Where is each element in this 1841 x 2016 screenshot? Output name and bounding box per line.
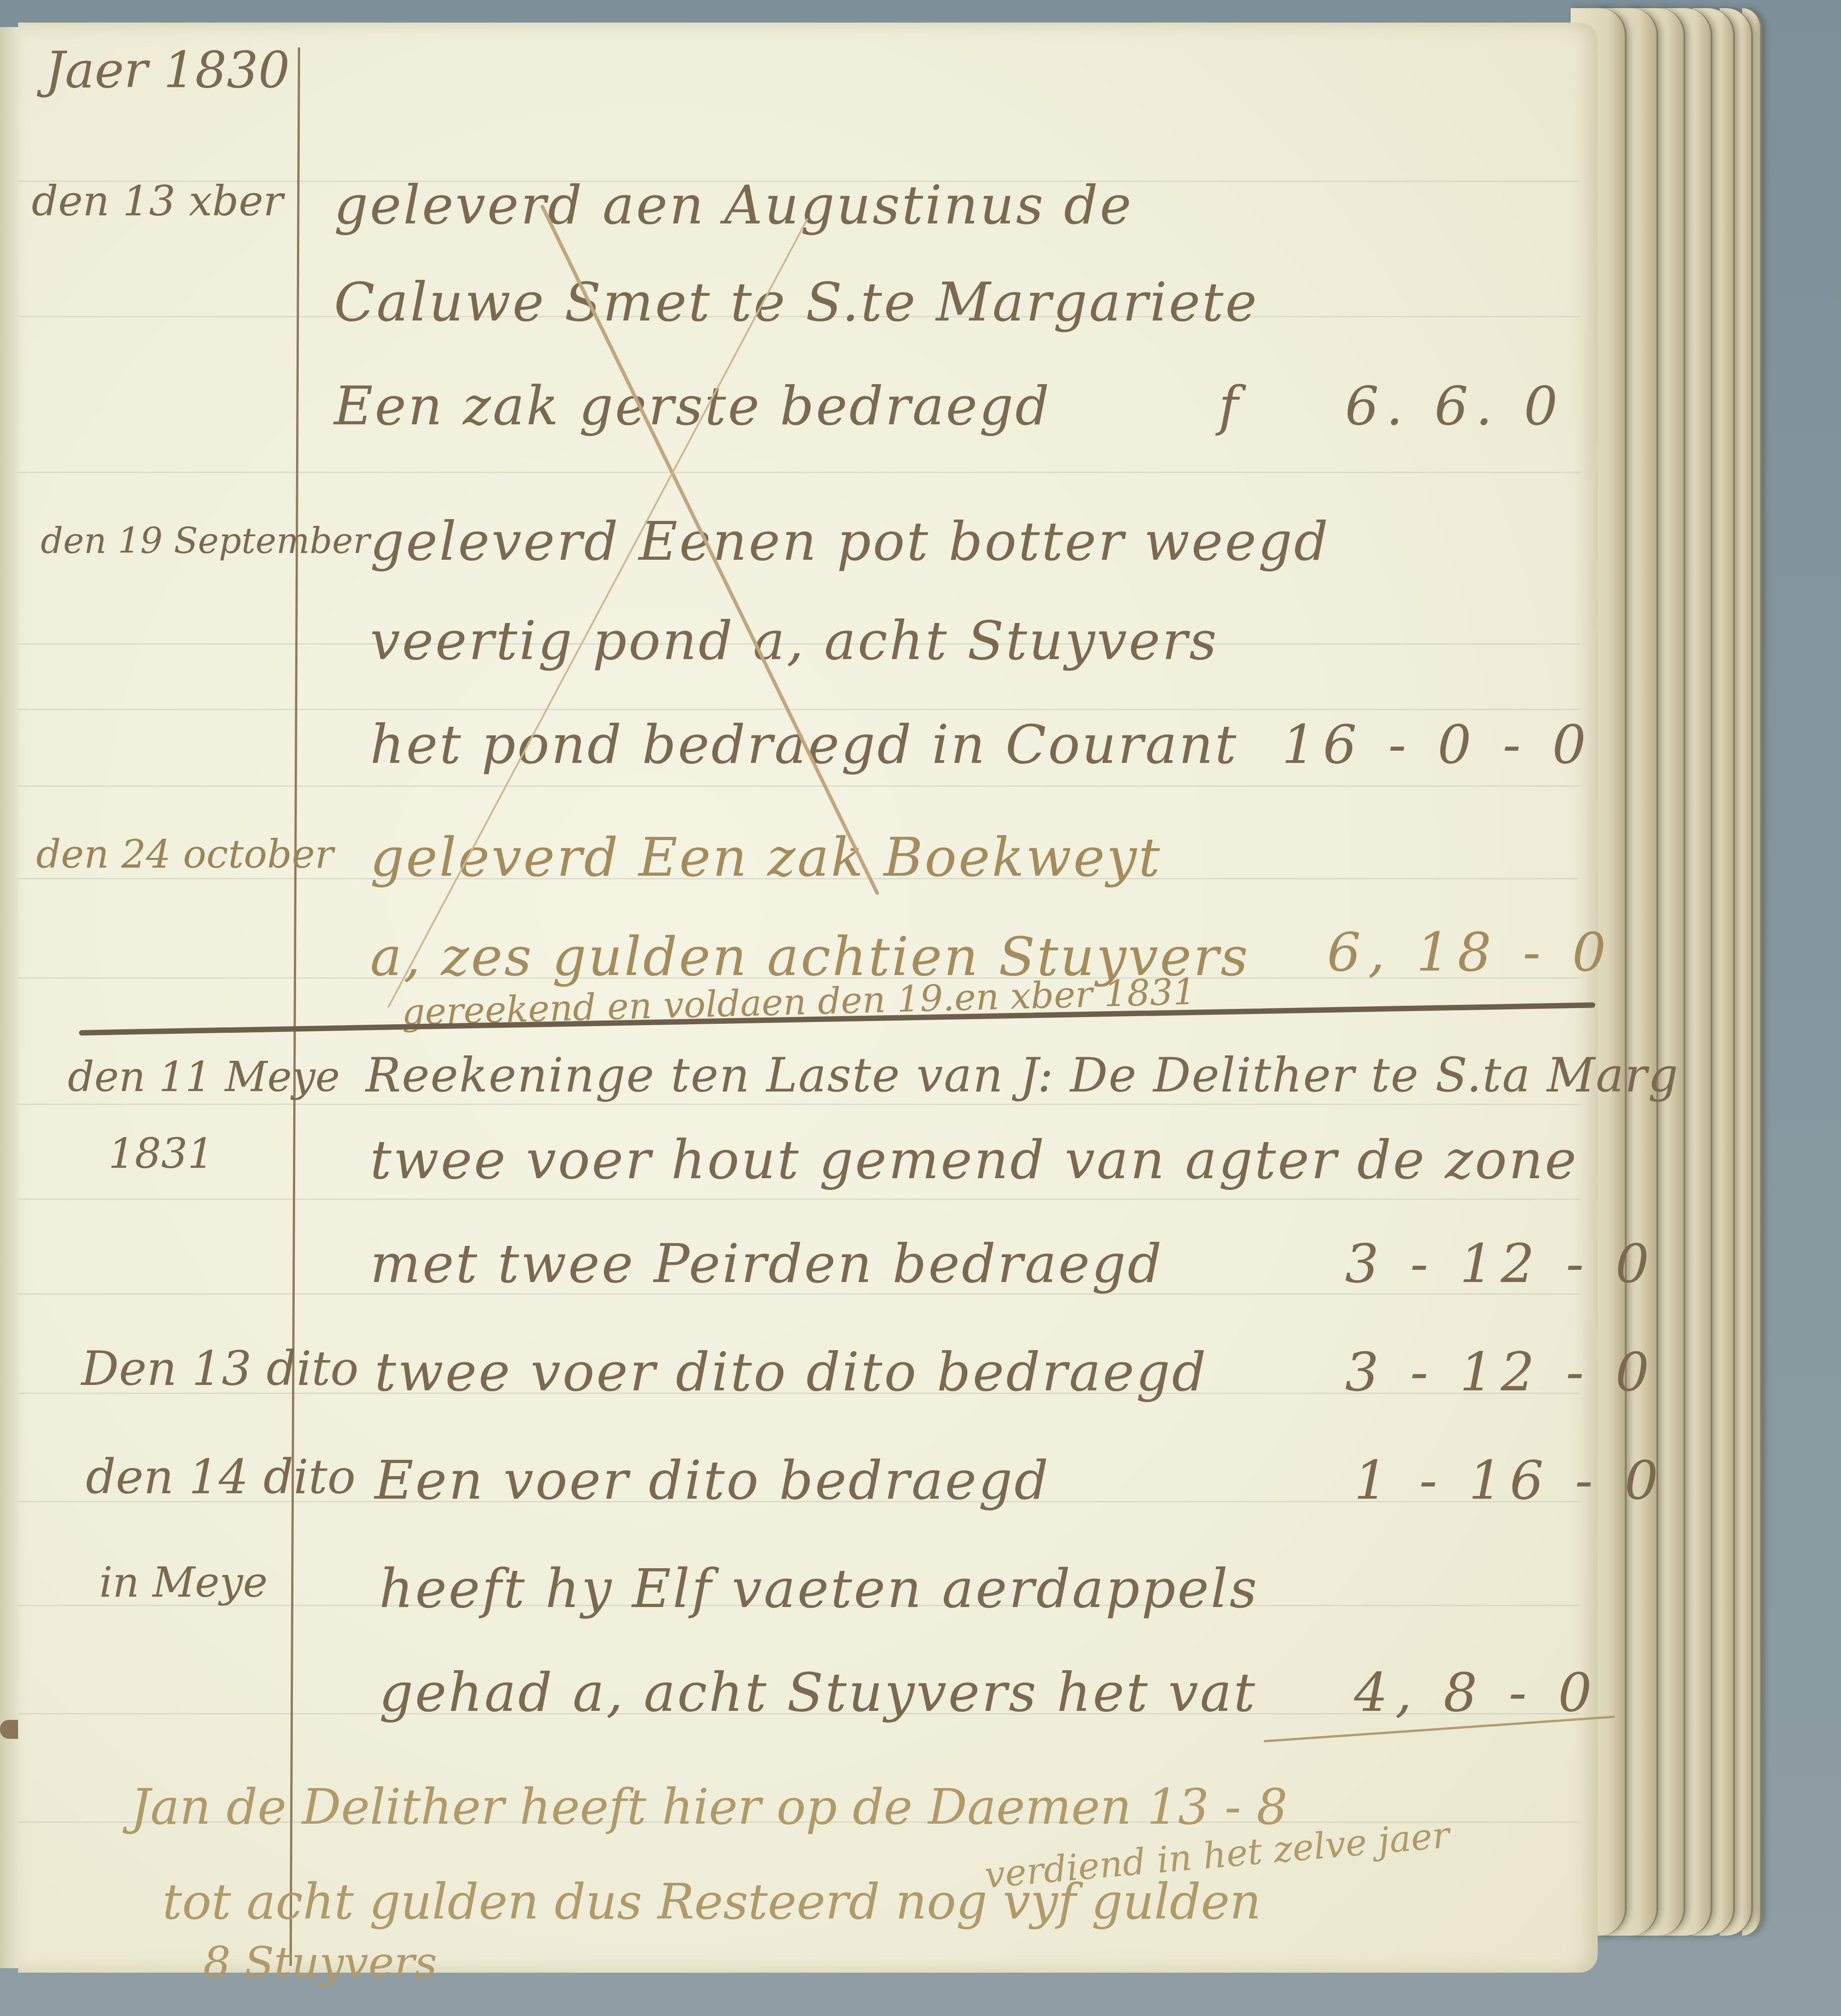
entry-amount: 3 - 12 - 0	[1345, 1345, 1656, 1398]
entry-date: Den 13 dito	[81, 1345, 359, 1392]
entry-line: met twee Peirden bedraegd	[370, 1237, 1164, 1290]
ruled-line	[18, 472, 1580, 473]
entry-amount: 1 - 16 - 0	[1354, 1454, 1665, 1507]
entry-date: den 24 october	[36, 835, 334, 874]
year-heading: Jaer 1830	[45, 45, 290, 95]
entry-date: 1831	[108, 1133, 214, 1175]
ruled-line	[18, 709, 1580, 710]
entry-line: twee voer dito dito bedraegd	[375, 1345, 1208, 1398]
ruled-line	[18, 1198, 1580, 1200]
entry-line: veertig pond a, acht Stuyvers	[370, 614, 1219, 667]
footnote-line: 8 Stuyvers	[203, 1941, 437, 1984]
currency-mark: f	[1219, 379, 1246, 432]
entry-line: Reekeninge ten Laste van J: De Delither …	[366, 1052, 1679, 1099]
entry-line: Caluwe Smet te S.te Margariete	[334, 275, 1259, 329]
entry-date: den 14 dito	[86, 1454, 356, 1500]
footnote-line: Jan de Delither heeft hier op de Daemen …	[131, 1783, 1288, 1832]
entry-date: in Meye	[99, 1562, 268, 1603]
ruled-line	[18, 1104, 1580, 1105]
entry-amount: 16 - 0 - 0	[1282, 718, 1593, 771]
entry-date: den 13 xber	[32, 181, 283, 222]
ledger-page: Jaer 1830 den 13 xber geleverd aen Augus…	[18, 23, 1598, 1973]
entry-date: den 11 Meye	[68, 1056, 340, 1098]
entry-amount: 3 - 12 - 0	[1345, 1237, 1656, 1290]
entry-line: gehad a, acht Stuyvers het vat	[379, 1666, 1257, 1719]
entry-line: heeft hy Elf vaeten aerdappels	[379, 1562, 1259, 1615]
entry-amount: 6. 6. 0	[1345, 379, 1565, 432]
margin-rule	[289, 47, 300, 1966]
entry-line: twee voer hout gemend van agter de zone	[370, 1133, 1578, 1186]
entry-line: Een voer dito bedraegd	[375, 1454, 1050, 1507]
entry-amount: 6, 18 - 0	[1327, 925, 1613, 979]
ruled-line	[18, 785, 1580, 787]
entry-date: den 19 September	[41, 524, 370, 559]
entry-line: geleverd Een zak Boekweyt	[370, 831, 1162, 884]
entry-line: geleverd Eenen pot botter weegd	[370, 515, 1330, 568]
entry-line: geleverd aen Augustinus de	[334, 178, 1133, 232]
entry-amount: 4, 8 - 0	[1354, 1666, 1599, 1719]
entry-line: Een zak gerste bedraegd	[334, 379, 1051, 432]
footnote-line: tot acht gulden dus Resteerd nog vyf gul…	[162, 1878, 1261, 1927]
